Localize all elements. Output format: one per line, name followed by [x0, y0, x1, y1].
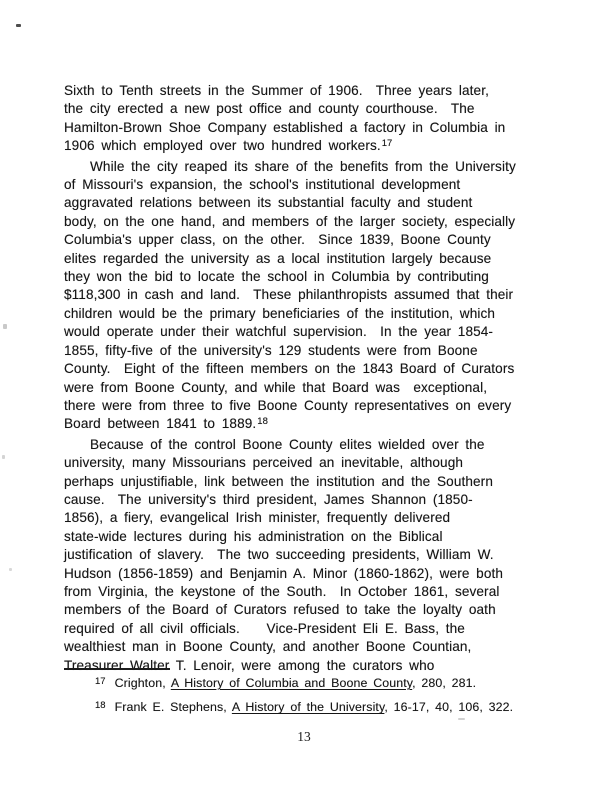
text-line: the city erected a new post office and c…: [64, 100, 554, 118]
footnote-book-title: A History of the University: [232, 700, 384, 714]
text-line-content: children would be the primary beneficiar…: [64, 306, 495, 321]
text-line: of Missouri's expansion, the school's in…: [64, 176, 554, 194]
text-line: body, on the one hand, and members of th…: [64, 213, 554, 231]
text-line-content: Because of the control Boone County elit…: [90, 437, 485, 452]
text-line-content: perhaps unjustifiable, link between the …: [64, 474, 493, 489]
text-line: state-wide lectures during his administr…: [64, 528, 554, 546]
text-line: 1855, fifty-five of the university's 129…: [64, 342, 554, 360]
text-line-content: Hudson (1856-1859) and Benjamin A. Minor…: [64, 566, 503, 581]
text-line: wealthiest man in Boone County, and anot…: [64, 638, 554, 656]
text-line-content: from Virginia, the keystone of the South…: [64, 584, 499, 599]
footnote-book-title: A History of Columbia and Boone County: [171, 676, 412, 690]
text-line-content: Columbia's upper class, on the other. Si…: [64, 232, 491, 247]
text-line-content: cause. The university's third president,…: [64, 492, 473, 507]
text-line: Hudson (1856-1859) and Benjamin A. Minor…: [64, 565, 554, 583]
text-line: Board between 1841 to 1889.18: [64, 415, 554, 435]
scan-artifact: [3, 324, 7, 329]
footnote: 17Crighton, A History of Columbia and Bo…: [64, 672, 554, 696]
text-line: required of all civil officials. Vice-Pr…: [64, 620, 554, 638]
text-line: 1856), a fiery, evangelical Irish minist…: [64, 509, 554, 527]
scan-artifact: [9, 568, 12, 571]
text-line: there were from three to five Boone Coun…: [64, 397, 554, 415]
text-line: 1906 which employed over two hundred wor…: [64, 137, 554, 157]
text-line-content: required of all civil officials. Vice-Pr…: [64, 621, 465, 636]
text-line: from Virginia, the keystone of the South…: [64, 583, 554, 601]
body-text: Sixth to Tenth streets in the Summer of …: [64, 82, 554, 675]
text-line: Hamilton-Brown Shoe Company established …: [64, 119, 554, 137]
text-line-content: 1906 which employed over two hundred wor…: [64, 138, 381, 153]
text-line-content: there were from three to five Boone Coun…: [64, 398, 511, 413]
text-line: Sixth to Tenth streets in the Summer of …: [64, 82, 554, 100]
text-line-content: university, many Missourians perceived a…: [64, 455, 463, 470]
text-line: elites regarded the university as a loca…: [64, 250, 554, 268]
text-line-content: the city erected a new post office and c…: [64, 101, 475, 116]
scan-artifact: [16, 24, 21, 27]
text-line: Columbia's upper class, on the other. Si…: [64, 231, 554, 249]
text-line-content: state-wide lectures during his administr…: [64, 529, 443, 544]
text-line-content: While the city reaped its share of the b…: [90, 159, 516, 174]
text-line-content: were from Boone County, and while that B…: [64, 380, 487, 395]
footnote: 18Frank E. Stephens, A History of the Un…: [64, 696, 554, 720]
text-line: While the city reaped its share of the b…: [64, 158, 554, 176]
text-line-content: would operate under their watchful super…: [64, 324, 493, 339]
text-line-content: Board between 1841 to 1889.: [64, 416, 256, 431]
text-line-content: aggravated relations between its substan…: [64, 195, 472, 210]
text-line: perhaps unjustifiable, link between the …: [64, 473, 554, 491]
text-line: $118,300 in cash and land. These philant…: [64, 286, 554, 304]
text-line: were from Boone County, and while that B…: [64, 379, 554, 397]
text-line-content: wealthiest man in Boone County, and anot…: [64, 639, 471, 654]
text-line: university, many Missourians perceived a…: [64, 454, 554, 472]
text-line-content: Hamilton-Brown Shoe Company established …: [64, 120, 505, 135]
text-line: members of the Board of Curators refused…: [64, 601, 554, 619]
footnotes: 17Crighton, A History of Columbia and Bo…: [64, 672, 554, 721]
text-line-content: members of the Board of Curators refused…: [64, 602, 496, 617]
footnote-text: Frank E. Stephens,: [115, 700, 232, 714]
footnote-text: , 16-17, 40, 106, 322.: [384, 700, 513, 714]
text-line: County. Eight of the fifteen members on …: [64, 360, 554, 378]
footnote-text: Crighton,: [115, 676, 171, 690]
document-page: Sixth to Tenth streets in the Summer of …: [0, 0, 612, 792]
text-line-content: 1855, fifty-five of the university's 129…: [64, 343, 478, 358]
text-line-content: Treasurer Walter T. Lenoir, were among t…: [64, 658, 434, 673]
text-line-content: body, on the one hand, and members of th…: [64, 214, 515, 229]
text-line: cause. The university's third president,…: [64, 491, 554, 509]
footnote-text: , 280, 281.: [412, 676, 476, 690]
footnote-reference: 18: [257, 416, 268, 427]
text-line: they won the bid to locate the school in…: [64, 268, 554, 286]
text-line: justification of slavery. The two succee…: [64, 546, 554, 564]
page-number: 13: [0, 729, 608, 745]
text-line-content: they won the bid to locate the school in…: [64, 269, 489, 284]
footnote-reference: 17: [382, 138, 393, 149]
scan-artifact: [2, 455, 5, 459]
footnote-separator: [64, 668, 170, 670]
text-line-content: justification of slavery. The two succee…: [64, 547, 494, 562]
text-line-content: of Missouri's expansion, the school's in…: [64, 177, 460, 192]
text-line-content: elites regarded the university as a loca…: [64, 251, 491, 266]
text-line: would operate under their watchful super…: [64, 323, 554, 341]
text-line: Because of the control Boone County elit…: [64, 436, 554, 454]
text-line-content: 1856), a fiery, evangelical Irish minist…: [64, 510, 450, 525]
footnote-marker: 18: [95, 700, 106, 711]
text-line-content: County. Eight of the fifteen members on …: [64, 361, 514, 376]
text-line-content: Sixth to Tenth streets in the Summer of …: [64, 83, 489, 98]
text-line-content: $118,300 in cash and land. These philant…: [64, 287, 513, 302]
text-line: aggravated relations between its substan…: [64, 194, 554, 212]
footnote-marker: 17: [95, 676, 106, 687]
text-line: children would be the primary beneficiar…: [64, 305, 554, 323]
